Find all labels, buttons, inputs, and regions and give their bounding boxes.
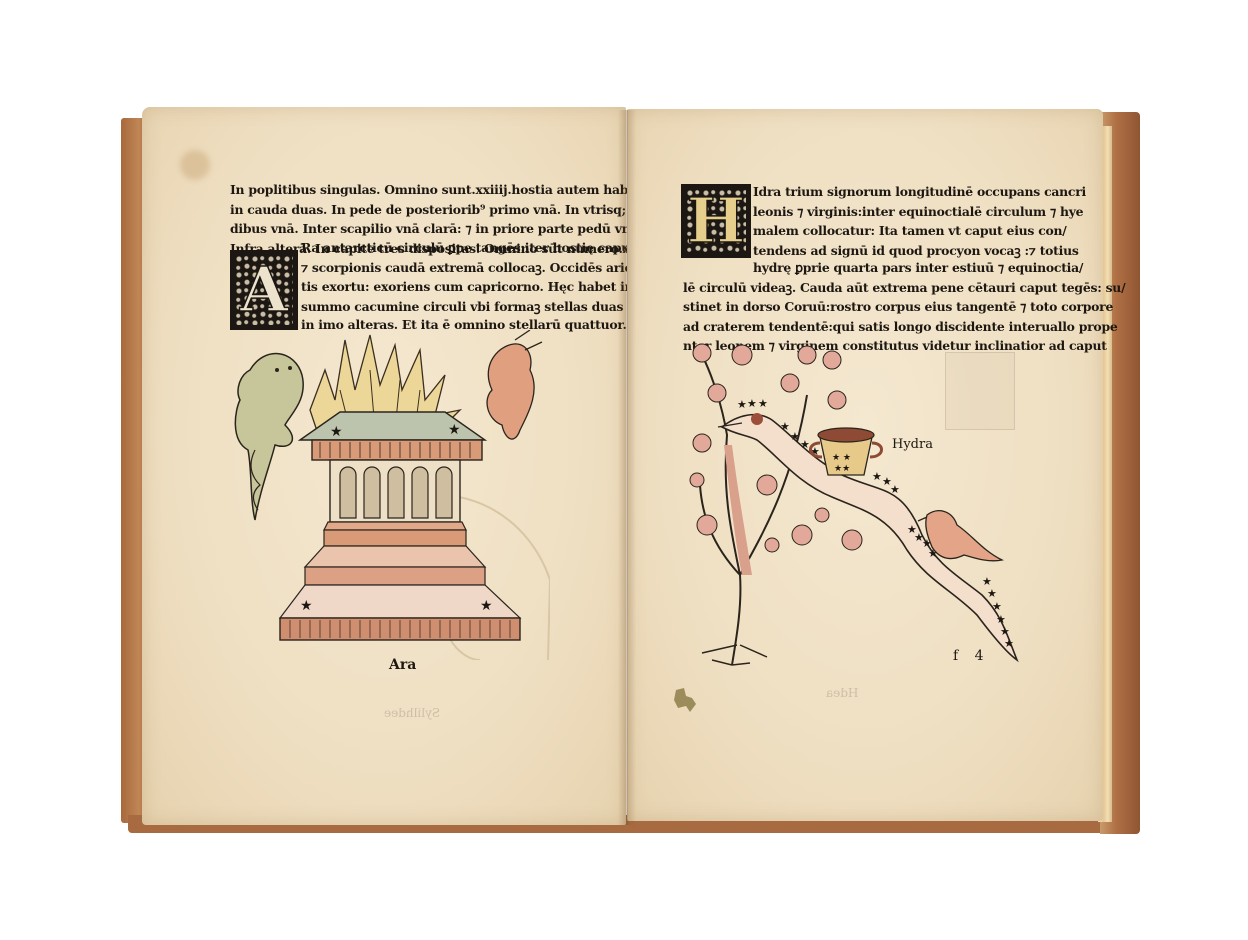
woodcut-initial-h: H (681, 184, 751, 258)
text-line: In poplitibus singulas. Omnino sunt.xxii… (230, 180, 575, 200)
bleed-through-text: Sylilhdee (384, 706, 440, 720)
svg-text:★: ★ (987, 587, 997, 600)
hydra-illustration: ★★★ ★★★★ ★★★ ★★★★ ★★★★★★ ★ ★ ★★ (682, 335, 1027, 670)
text-line: malem collocatur: Ita tamen vt caput eiu… (753, 221, 1025, 241)
text-line: Idra trium signorum longitudinē occupans… (753, 182, 1025, 202)
text-line: ⁊ scorpionis caudā extremā collocaꝫ. Occ… (301, 258, 576, 278)
svg-text:★: ★ (300, 598, 313, 614)
text-line: tis exortu: exoriens cum capricorno. Hęc… (301, 277, 576, 297)
ink-blot (670, 684, 702, 716)
svg-text:★ ★: ★ ★ (832, 453, 851, 463)
foxing-stain (180, 150, 210, 180)
svg-text:★: ★ (330, 424, 343, 440)
svg-text:★: ★ (747, 397, 757, 410)
signature-mark: f 4 (953, 648, 990, 664)
text-line: lē circulū videaꝫ. Cauda aūt extrema pen… (683, 278, 1028, 298)
bleed-through-text: Hdea (826, 686, 858, 700)
book-photo: In poplitibus singulas. Omnino sunt.xxii… (0, 0, 1248, 940)
svg-text:★: ★ (1004, 637, 1014, 650)
svg-text:★: ★ (890, 483, 900, 496)
svg-text:★: ★ (737, 398, 747, 411)
text-line: hydrę ꝑprie quarta pars inter estiuū ⁊ e… (683, 258, 1028, 278)
book-gutter (618, 110, 636, 825)
svg-text:★★: ★★ (834, 464, 850, 474)
svg-text:★: ★ (448, 422, 461, 438)
text-line: summo cacumine circuli vbi formaꝫ stella… (301, 297, 576, 317)
text-line: dibus vnā. Inter scapilio vnā clarā: ⁊ i… (230, 219, 575, 239)
left-dragon (235, 354, 303, 520)
ara-caption: Ara (389, 657, 416, 673)
right-initial-paragraph: Idra trium signorum longitudinē occupans… (753, 182, 1025, 260)
svg-text:★: ★ (780, 420, 790, 433)
svg-text:★: ★ (872, 470, 882, 483)
svg-text:★: ★ (480, 598, 493, 614)
left-initial-paragraph: Ra antarcticū circulū ꝑpe tangēs:iter ho… (301, 238, 576, 316)
svg-text:★: ★ (800, 438, 810, 451)
svg-text:★: ★ (790, 430, 800, 443)
tree (690, 344, 862, 665)
text-line: stinet in dorso Coruū:rostro corpus eius… (683, 297, 1028, 317)
svg-text:★: ★ (758, 397, 768, 410)
text-line: leonis ⁊ virginis:inter equinoctialē cir… (753, 202, 1025, 222)
ara-altar-illustration: ★ ★ ★ ★ (230, 330, 550, 660)
svg-text:★: ★ (992, 600, 1002, 613)
text-line: ad craterem tendentē:qui satis longo dis… (683, 317, 1028, 337)
hydra-caption: Hydra (892, 437, 933, 452)
text-line: in cauda duas. In pede de posteriorib⁹ p… (230, 200, 575, 220)
initial-letter: A (240, 259, 288, 321)
right-dragon (487, 330, 542, 439)
initial-letter: H (687, 190, 746, 252)
text-line: Ra antarcticū circulū ꝑpe tangēs:iter ho… (301, 238, 576, 258)
